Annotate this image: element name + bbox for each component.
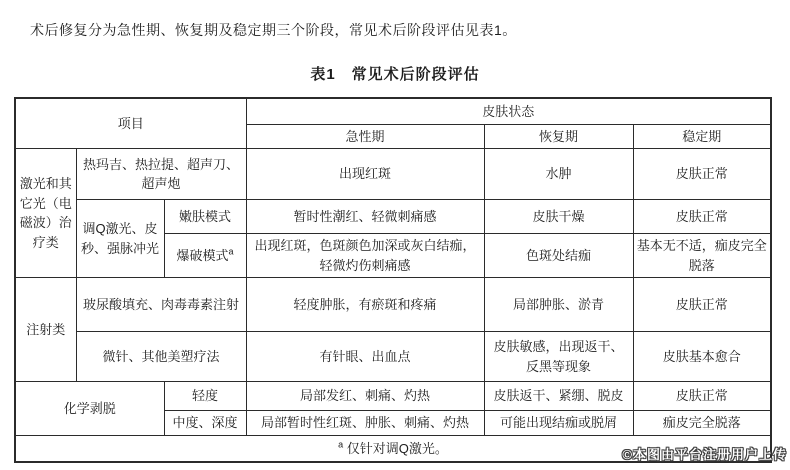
table-row-injection-filler: 注射类 玻尿酸填充、肉毒毒素注射 轻度肿胀，有瘀斑和疼痛 局部肿胀、淤青 皮肤正… [15, 278, 771, 332]
cell-rejuvenation-stable: 皮肤正常 [633, 200, 771, 234]
cell-blast-acute: 出现红斑，色斑颜色加深或灰白结痂，轻微灼伤刺痛感 [246, 234, 484, 278]
blast-mode-label: 爆破模式 [176, 248, 228, 263]
document-page: 术后修复分为急性期、恢复期及稳定期三个阶段，常见术后阶段评估见表1。 表1 常见… [0, 0, 790, 470]
cell-microneedle-acute: 有针眼、出血点 [246, 332, 484, 382]
cell-rejuvenation-recovery: 皮肤干燥 [484, 200, 633, 234]
intro-text: 术后修复分为急性期、恢复期及稳定期三个阶段，常见术后阶段评估见表1。 [30, 20, 517, 40]
cell-qswitch-item: 调Q激光、皮秒、强脉冲光 [76, 200, 164, 278]
header-skin-status: 皮肤状态 [246, 98, 771, 124]
cell-mild-stable: 皮肤正常 [633, 382, 771, 411]
cell-mild-level: 轻度 [164, 382, 246, 411]
table-row-injection-microneedle: 微针、其他美塑疗法 有针眼、出血点 皮肤敏感，出现返干、反黑等现象 皮肤基本愈合 [15, 332, 771, 382]
cell-thermage-acute: 出现红斑 [246, 149, 484, 200]
cell-mild-acute: 局部发红、刺痛、灼热 [246, 382, 484, 411]
table-row-chemical-mild: 化学剥脱 轻度 局部发红、刺痛、灼热 皮肤返干、紧绷、脱皮 皮肤正常 [15, 382, 771, 411]
watermark: ©本图由平台注册用户上传 [622, 444, 787, 463]
category-laser-light: 激光和其它光（电磁波）治疗类 [15, 149, 76, 278]
table-row-laser-thermage: 激光和其它光（电磁波）治疗类 热玛吉、热拉提、超声刀、超声炮 出现红斑 水肿 皮… [15, 149, 771, 200]
header-phase-acute: 急性期 [246, 124, 484, 149]
evaluation-table: 项目 皮肤状态 急性期 恢复期 稳定期 激光和其它光（电磁波）治疗类 热玛吉、热… [14, 97, 772, 463]
cell-filler-acute: 轻度肿胀，有瘀斑和疼痛 [246, 278, 484, 332]
cell-filler-recovery: 局部肿胀、淤青 [484, 278, 633, 332]
blast-mode-footnote-marker: a [229, 246, 234, 256]
cell-thermage-recovery: 水肿 [484, 149, 633, 200]
cell-rejuvenation-mode: 嫩肤模式 [164, 200, 246, 234]
cell-medium-stable: 痂皮完全脱落 [633, 411, 771, 436]
header-phase-recovery: 恢复期 [484, 124, 633, 149]
table-caption: 表1 常见术后阶段评估 [0, 63, 790, 84]
header-project: 项目 [15, 98, 246, 149]
cell-mild-recovery: 皮肤返干、紧绷、脱皮 [484, 382, 633, 411]
cell-medium-recovery: 可能出现结痂或脱屑 [484, 411, 633, 436]
header-phase-stable: 稳定期 [633, 124, 771, 149]
cell-microneedle-stable: 皮肤基本愈合 [633, 332, 771, 382]
cell-medium-acute: 局部暂时性红斑、肿胀、刺痛、灼热 [246, 411, 484, 436]
table-row-qswitch-rejuvenation: 调Q激光、皮秒、强脉冲光 嫩肤模式 暂时性潮红、轻微刺痛感 皮肤干燥 皮肤正常 [15, 200, 771, 234]
cell-thermage-stable: 皮肤正常 [633, 149, 771, 200]
cell-blast-recovery: 色斑处结痂 [484, 234, 633, 278]
category-chemical-peel: 化学剥脱 [15, 382, 164, 436]
footnote-marker: a [338, 439, 343, 449]
header-row-1: 项目 皮肤状态 [15, 98, 771, 124]
cell-filler-stable: 皮肤正常 [633, 278, 771, 332]
cell-microneedle-recovery: 皮肤敏感，出现返干、反黑等现象 [484, 332, 633, 382]
cell-medium-level: 中度、深度 [164, 411, 246, 436]
cell-thermage-item: 热玛吉、热拉提、超声刀、超声炮 [76, 149, 246, 200]
cell-microneedle-item: 微针、其他美塑疗法 [76, 332, 246, 382]
cell-rejuvenation-acute: 暂时性潮红、轻微刺痛感 [246, 200, 484, 234]
cell-blast-mode: 爆破模式a [164, 234, 246, 278]
cell-blast-stable: 基本无不适，痂皮完全脱落 [633, 234, 771, 278]
cell-filler-item: 玻尿酸填充、肉毒毒素注射 [76, 278, 246, 332]
footnote-text: 仅针对调Q激光。 [347, 441, 448, 456]
category-injection: 注射类 [15, 278, 76, 382]
